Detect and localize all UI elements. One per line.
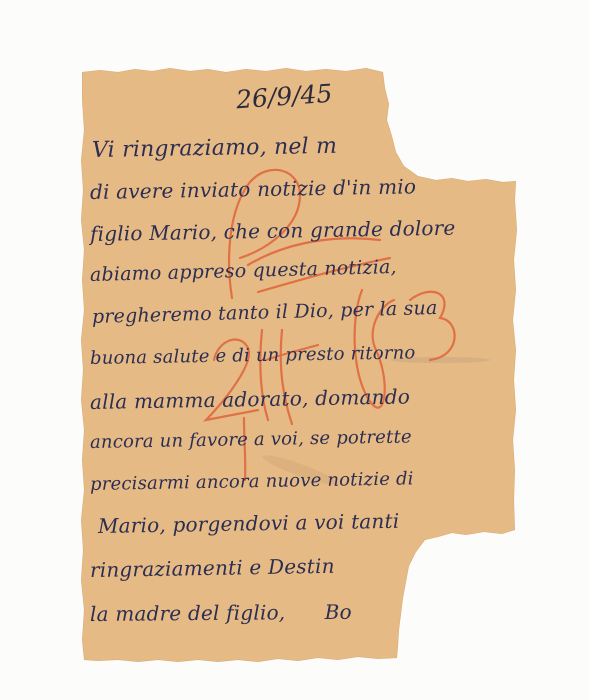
document-scan: 26/9/45 Vi ringraziamo, nel m di avere i…: [0, 0, 589, 700]
letter-line-12: la madre del figlio, Bo: [90, 600, 352, 626]
letter-line-11: ringraziamenti e Destin: [90, 554, 335, 582]
letter-line-1: Vi ringraziamo, nel m: [92, 134, 337, 163]
